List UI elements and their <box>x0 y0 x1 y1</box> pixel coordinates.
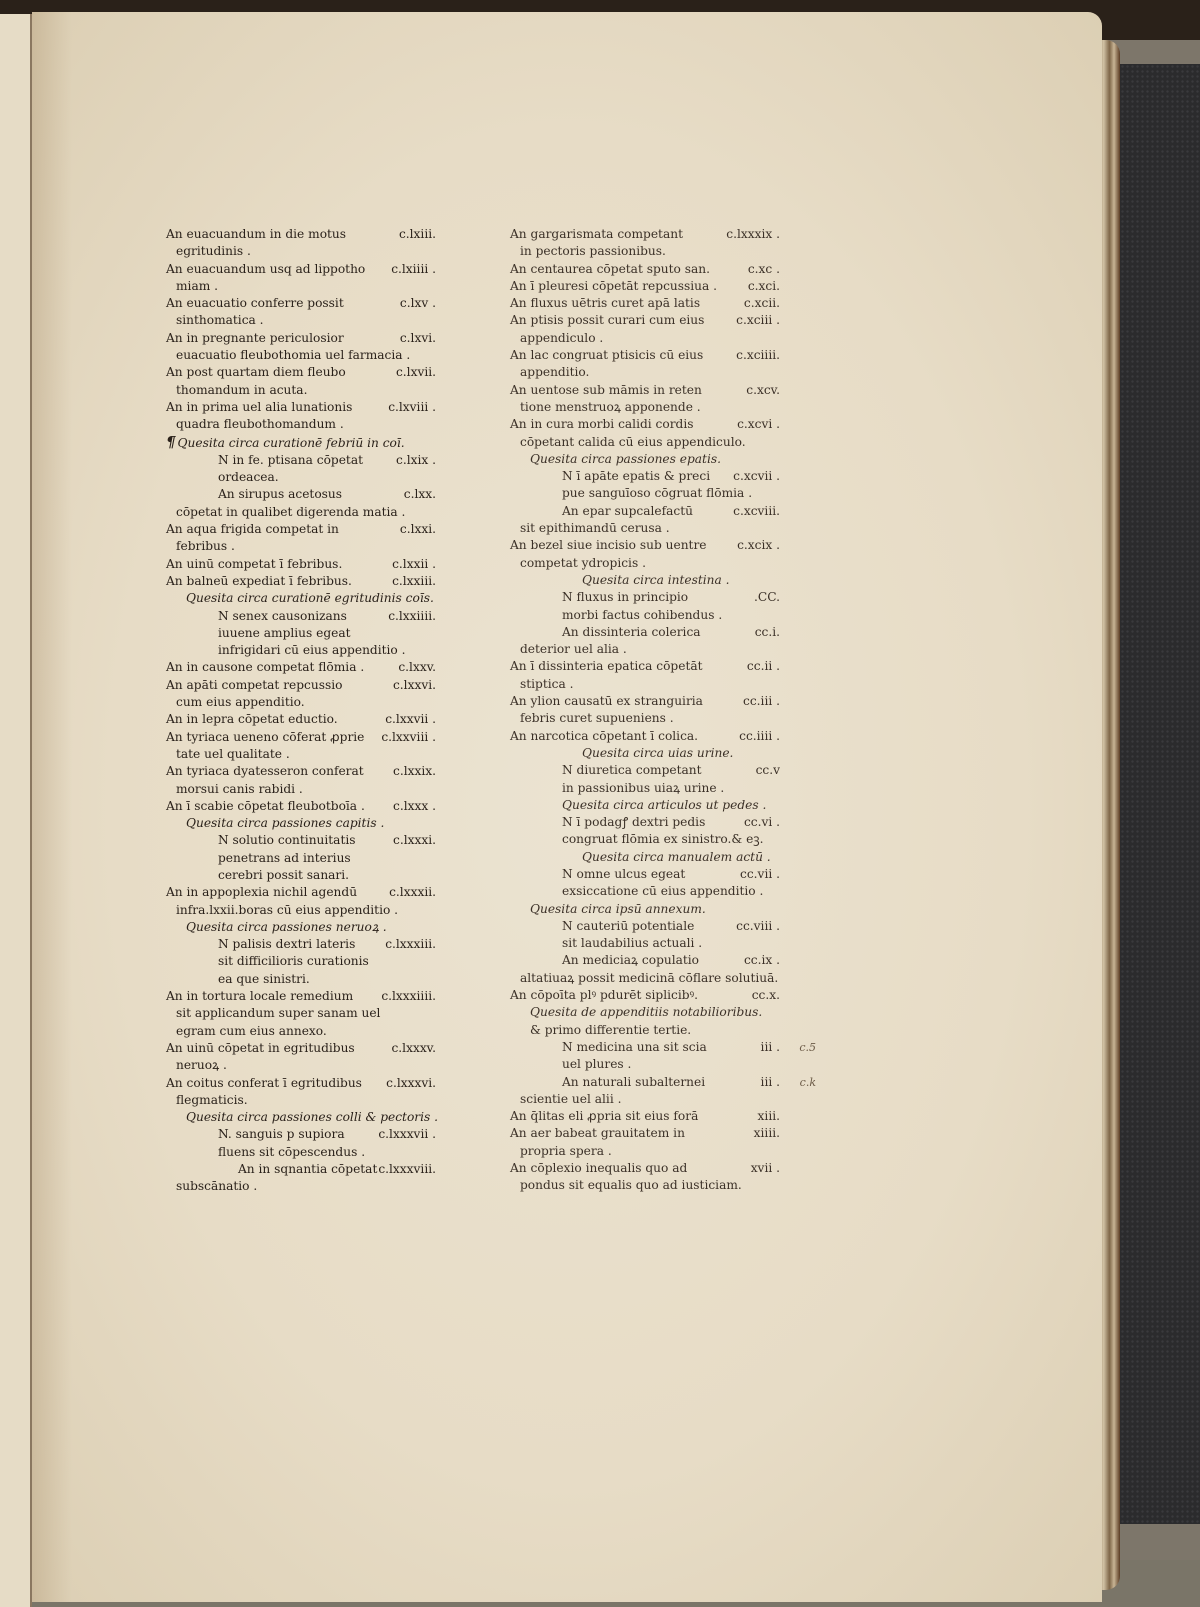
entry-text: neruoꝝ . <box>176 1057 227 1074</box>
chapter-reference: c.lxiii. <box>399 226 436 243</box>
entry-text: N omne ulcus egeat <box>562 866 685 883</box>
entry-text: Quesita circa passiones colli & pectoris… <box>186 1109 438 1126</box>
index-entry: An aqua frigida competat inc.lxxi. <box>166 521 466 538</box>
entry-text: N diuretica competant <box>562 762 702 779</box>
index-entry: An in cura morbi calidi cordisc.xcvi . <box>510 416 810 433</box>
chapter-reference: c.lxxxiii. <box>385 936 436 953</box>
entry-text: stiptica . <box>520 676 574 693</box>
entry-text: An naturali subalternei <box>562 1074 705 1091</box>
index-entry: exsiccatione cū eius appenditio . <box>510 883 810 900</box>
index-entry: in passionibus uiaꝝ urine . <box>510 780 810 797</box>
chapter-reference: c.lxxxvi. <box>386 1075 436 1092</box>
index-entry: An euacuatio conferre possitc.lxv . <box>166 295 466 312</box>
entry-text: An dissinteria colerica <box>562 624 701 641</box>
chapter-reference: c.xcix . <box>737 537 780 554</box>
entry-text: cōpetant calida cū eius appendiculo. <box>520 434 746 451</box>
index-entry: scientie uel alii . <box>510 1091 810 1108</box>
entry-text: An coitus conferat ī egritudibus <box>166 1075 362 1092</box>
index-entry: An ī scabie cōpetat fleubotboīa .c.lxxx … <box>166 798 466 815</box>
entry-text: uel plures . <box>562 1056 631 1073</box>
chapter-reference: c.lxvi. <box>400 330 436 347</box>
index-entry: An q̄litas eli ꝓpria sit eius forāxiii. <box>510 1108 810 1125</box>
entry-text: exsiccatione cū eius appenditio . <box>562 883 763 900</box>
index-entry: sit laudabilius actuali . <box>510 935 810 952</box>
index-entry: flegmaticis. <box>166 1092 466 1109</box>
index-entry: N in fe. ptisana cōpetatc.lxix . <box>166 452 466 469</box>
entry-text: An tyriaca dyatesseron conferat <box>166 763 364 780</box>
index-entry: An uinū cōpetat in egritudibusc.lxxxv. <box>166 1040 466 1057</box>
index-entry: An post quartam diem fleuboc.lxvii. <box>166 364 466 381</box>
index-entry: subscānatio . <box>166 1178 466 1195</box>
entry-text: An balneū expediat ī febribus. <box>166 573 352 590</box>
index-entry: An lac congruat ptisicis cū eiusc.xciiii… <box>510 347 810 364</box>
entry-text: sit epithimandū cerusa . <box>520 520 670 537</box>
book-page: An euacuandum in die motusc.lxiii.egritu… <box>32 12 1102 1602</box>
entry-text: An apāti competat repcussio <box>166 677 342 694</box>
entry-text: An uinū cōpetat in egritudibus <box>166 1040 355 1057</box>
chapter-reference: c.lxxxviii. <box>378 1161 436 1178</box>
chapter-reference: cc.i. <box>755 624 780 641</box>
entry-text: An post quartam diem fleubo <box>166 364 346 381</box>
index-entry: infrigidari cū eius appenditio . <box>166 642 466 659</box>
chapter-reference: c.xciiii. <box>736 347 780 364</box>
entry-text: An ī dissinteria epatica cōpetāt <box>510 658 703 675</box>
chapter-reference: c.lxxiiii. <box>388 608 436 625</box>
entry-text: An uinū competat ī febribus. <box>166 556 342 573</box>
entry-text: egritudinis . <box>176 243 251 260</box>
entry-text: An uentose sub māmis in reten <box>510 382 702 399</box>
index-entry: cōpetat in qualibet digerenda matia . <box>166 504 466 521</box>
entry-text: scientie uel alii . <box>520 1091 621 1108</box>
entry-text: sit applicandum super sanam uel <box>176 1005 380 1022</box>
chapter-reference: c.lxxii . <box>392 556 436 573</box>
chapter-reference: cc.v <box>756 762 780 779</box>
index-entry: N senex causonizansc.lxxiiii. <box>166 608 466 625</box>
entry-text: An ī scabie cōpetat fleubotboīa . <box>166 798 365 815</box>
section-heading: Quesita circa passiones neruoꝝ . <box>166 919 466 936</box>
entry-text: & primo differentie tertie. <box>530 1022 691 1039</box>
index-entry: cerebri possit sanari. <box>166 867 466 884</box>
section-heading: ¶Quesita circa curationē febriū in coī. <box>166 434 466 452</box>
chapter-reference: c.xcvii . <box>733 468 780 485</box>
chapter-reference: cc.x. <box>752 987 780 1004</box>
index-column-left: An euacuandum in die motusc.lxiii.egritu… <box>166 226 466 1196</box>
index-entry: egram cum eius annexo. <box>166 1023 466 1040</box>
entry-text: An gargarismata competant <box>510 226 683 243</box>
chapter-reference: c.lxxvi. <box>393 677 436 694</box>
entry-text: pondus sit equalis quo ad iusticiam. <box>520 1177 742 1194</box>
entry-text: An lac congruat ptisicis cū eius <box>510 347 703 364</box>
index-entry: An in causone competat flōmia .c.lxxv. <box>166 659 466 676</box>
index-entry: An tyriaca ueneno cōferat ꝓpriec.lxxviii… <box>166 729 466 746</box>
section-heading: Quesita circa intestina . <box>510 572 810 589</box>
index-entry: An apāti competat repcussioc.lxxvi. <box>166 677 466 694</box>
index-entry: An in pregnante periculosiorc.lxvi. <box>166 330 466 347</box>
entry-text: Quesita circa passiones neruoꝝ . <box>186 919 387 936</box>
index-entry: uel plures . <box>510 1056 810 1073</box>
chapter-reference: c.lxxxvii . <box>378 1126 436 1143</box>
entry-text: An bezel siue incisio sub uentre <box>510 537 707 554</box>
index-entry: An cōpoīta plꝰ pdurēt siplicibꝰ.cc.x. <box>510 987 810 1004</box>
entry-text: An ylion causatū ex stranguiria <box>510 693 703 710</box>
entry-text: Quesita circa passiones capitis . <box>186 815 384 832</box>
entry-text: Quesita circa manualem actū . <box>582 849 771 866</box>
index-entry: N cauteriū potentialecc.viii . <box>510 918 810 935</box>
index-entry: N. sanguis p supiorac.lxxxvii . <box>166 1126 466 1143</box>
chapter-reference: c.lxxvii . <box>385 711 436 728</box>
chapter-reference: c.lxxviii . <box>381 729 436 746</box>
chapter-reference: c.lxviii . <box>388 399 436 416</box>
index-entry: tate uel qualitate . <box>166 746 466 763</box>
index-entry: appenditio. <box>510 364 810 381</box>
entry-text: infrigidari cū eius appenditio . <box>218 642 406 659</box>
chapter-reference: c.lxx. <box>404 486 436 503</box>
index-entry: congruat flōmia ex sinistro.& eꝫ. <box>510 831 810 848</box>
entry-text: febris curet supueniens . <box>520 710 674 727</box>
entry-text: Quesita circa articulos ut pedes . <box>562 797 766 814</box>
entry-text: morbi factus cohibendus . <box>562 607 722 624</box>
index-entry: N palisis dextri laterisc.lxxxiii. <box>166 936 466 953</box>
entry-text: Quesita circa ipsū annexum. <box>530 901 706 918</box>
entry-text: infra.lxxii.boras cū eius appenditio . <box>176 902 398 919</box>
entry-text: An in tortura locale remedium <box>166 988 353 1005</box>
index-entry: An coitus conferat ī egritudibusc.lxxxvi… <box>166 1075 466 1092</box>
section-heading: Quesita circa passiones epatis. <box>510 451 810 468</box>
chapter-reference: iii . <box>761 1074 780 1091</box>
index-entry: tione menstruoꝝ apponende . <box>510 399 810 416</box>
index-entry: N diuretica competantcc.v <box>510 762 810 779</box>
section-heading: Quesita circa articulos ut pedes . <box>510 797 810 814</box>
entry-text: An cōplexio inequalis quo ad <box>510 1160 687 1177</box>
entry-text: appendiculo . <box>520 330 603 347</box>
entry-text: appenditio. <box>520 364 589 381</box>
chapter-reference: iii . <box>761 1039 780 1056</box>
entry-text: tate uel qualitate . <box>176 746 290 763</box>
chapter-reference: c.lxxv. <box>398 659 436 676</box>
index-entry: An cōplexio inequalis quo adxvii . <box>510 1160 810 1177</box>
section-heading: Quesita circa ipsū annexum. <box>510 901 810 918</box>
index-entry: An gargarismata competantc.lxxxix . <box>510 226 810 243</box>
entry-text: An euacuatio conferre possit <box>166 295 344 312</box>
entry-text: An in pregnante periculosior <box>166 330 344 347</box>
entry-text: N medicina una sit scia <box>562 1039 707 1056</box>
index-entry: An euacuandum usq ad lippothoc.lxiiii . <box>166 261 466 278</box>
chapter-reference: c.lxix . <box>396 452 436 469</box>
entry-text: Quesita circa uias urine. <box>582 745 733 762</box>
manuscript-annotation: c.5 <box>799 1039 816 1056</box>
entry-text: An in causone competat flōmia . <box>166 659 364 676</box>
index-entry: An in appoplexia nichil agendūc.lxxxii. <box>166 884 466 901</box>
entry-text: tione menstruoꝝ apponende . <box>520 399 701 416</box>
pilcrow-mark: ¶ <box>166 433 176 451</box>
entry-text: An in lepra cōpetat eductio. <box>166 711 338 728</box>
entry-text: An epar supcalefactū <box>562 503 693 520</box>
index-entry: An narcotica cōpetant ī colica.cc.iiii . <box>510 728 810 745</box>
chapter-reference: c.lxxxi. <box>393 832 436 849</box>
book-cover-board <box>1110 64 1200 1524</box>
entry-text: congruat flōmia ex sinistro.& eꝫ. <box>562 831 763 848</box>
index-entry: N ī podagꝭ dextri pediscc.vi . <box>510 814 810 831</box>
index-entry: penetrans ad interius <box>166 850 466 867</box>
index-entry: miam . <box>166 278 466 295</box>
entry-text: An mediciaꝝ copulatio <box>562 952 699 969</box>
entry-text: fluens sit cōpescendus . <box>218 1144 365 1161</box>
section-heading: Quesita de appenditiis notabilioribus. <box>510 1004 810 1021</box>
entry-text: cōpetat in qualibet digerenda matia . <box>176 504 405 521</box>
index-entry: An uentose sub māmis in retenc.xcv. <box>510 382 810 399</box>
entry-text: febribus . <box>176 538 235 555</box>
index-entry: An tyriaca dyatesseron conferatc.lxxix. <box>166 763 466 780</box>
chapter-reference: c.lxiiii . <box>391 261 436 278</box>
index-entry: morsui canis rabidi . <box>166 781 466 798</box>
index-entry: appendiculo . <box>510 330 810 347</box>
index-entry: fluens sit cōpescendus . <box>166 1144 466 1161</box>
chapter-reference: c.lxxxii. <box>389 884 436 901</box>
entry-text: An sirupus acetosus <box>218 486 342 503</box>
entry-text: An centaurea cōpetat sputo san. <box>510 261 710 278</box>
chapter-reference: xvii . <box>751 1160 780 1177</box>
chapter-reference: c.xc . <box>748 261 780 278</box>
entry-text: An ī pleuresi cōpetāt repcussiua . <box>510 278 717 295</box>
entry-text: An aqua frigida competat in <box>166 521 339 538</box>
chapter-reference: cc.ix . <box>744 952 780 969</box>
entry-text: cerebri possit sanari. <box>218 867 349 884</box>
entry-text: in pectoris passionibus. <box>520 243 666 260</box>
entry-text: Quesita circa intestina . <box>582 572 730 589</box>
entry-text: N ī podagꝭ dextri pedis <box>562 814 705 831</box>
chapter-reference: c.lxxix. <box>393 763 436 780</box>
chapter-reference: .CC. <box>754 589 780 606</box>
index-entry: An euacuandum in die motusc.lxiii. <box>166 226 466 243</box>
entry-text: subscānatio . <box>176 1178 257 1195</box>
index-entry: An naturali subalterneiiii .c.k <box>510 1074 810 1091</box>
index-entry: N solutio continuitatisc.lxxxi. <box>166 832 466 849</box>
entry-text: An fluxus uētris curet apā latis <box>510 295 700 312</box>
chapter-reference: c.xci. <box>748 278 780 295</box>
index-entry: & primo differentie tertie. <box>510 1022 810 1039</box>
entry-text: egram cum eius annexo. <box>176 1023 327 1040</box>
index-entry: quadra fleubothomandum . <box>166 416 466 433</box>
index-entry: An uinū competat ī febribus.c.lxxii . <box>166 556 466 573</box>
entry-text: An euacuandum in die motus <box>166 226 346 243</box>
index-entry: An ylion causatū ex stranguiriacc.iii . <box>510 693 810 710</box>
entry-text: iuuene amplius egeat <box>218 625 351 642</box>
entry-text: sit laudabilius actuali . <box>562 935 702 952</box>
entry-text: deterior uel alia . <box>520 641 627 658</box>
index-entry: sit difficilioris curationis <box>166 953 466 970</box>
entry-text: An narcotica cōpetant ī colica. <box>510 728 698 745</box>
entry-text: euacuatio fleubothomia uel farmacia . <box>176 347 410 364</box>
index-entry: stiptica . <box>510 676 810 693</box>
entry-text: flegmaticis. <box>176 1092 248 1109</box>
entry-text: An in appoplexia nichil agendū <box>166 884 357 901</box>
entry-text: cum eius appenditio. <box>176 694 305 711</box>
index-entry: euacuatio fleubothomia uel farmacia . <box>166 347 466 364</box>
entry-text: An ptisis possit curari cum eius <box>510 312 704 329</box>
chapter-reference: cc.vii . <box>740 866 780 883</box>
index-entry: An sirupus acetosusc.lxx. <box>166 486 466 503</box>
index-entry: ea que sinistri. <box>166 971 466 988</box>
index-entry: An centaurea cōpetat sputo san.c.xc . <box>510 261 810 278</box>
entry-text: An tyriaca ueneno cōferat ꝓprie <box>166 729 364 746</box>
entry-text: morsui canis rabidi . <box>176 781 303 798</box>
index-entry: neruoꝝ . <box>166 1057 466 1074</box>
entry-text: ordeacea. <box>218 469 279 486</box>
index-entry: An dissinteria colericacc.i. <box>510 624 810 641</box>
index-entry: An mediciaꝝ copulatiocc.ix . <box>510 952 810 969</box>
index-entry: N medicina una sit sciaiii .c.5 <box>510 1039 810 1056</box>
entry-text: Quesita circa curationē egritudinis coīs… <box>186 590 434 607</box>
chapter-reference: xiii. <box>758 1108 780 1125</box>
entry-text: quadra fleubothomandum . <box>176 416 344 433</box>
chapter-reference: c.xciii . <box>736 312 780 329</box>
index-entry: An balneū expediat ī febribus.c.lxxiii. <box>166 573 466 590</box>
index-entry: An bezel siue incisio sub uentrec.xcix . <box>510 537 810 554</box>
entry-text: in passionibus uiaꝝ urine . <box>562 780 724 797</box>
section-heading: Quesita circa passiones capitis . <box>166 815 466 832</box>
manuscript-annotation: c.k <box>800 1074 816 1091</box>
index-entry: N omne ulcus egeatcc.vii . <box>510 866 810 883</box>
index-entry: ordeacea. <box>166 469 466 486</box>
chapter-reference: cc.vi . <box>744 814 780 831</box>
entry-text: sit difficilioris curationis <box>218 953 369 970</box>
index-entry: An in lepra cōpetat eductio.c.lxxvii . <box>166 711 466 728</box>
index-column-right: An gargarismata competantc.lxxxix .in pe… <box>510 226 810 1195</box>
chapter-reference: c.lxxiii. <box>392 573 436 590</box>
entry-text: An cōpoīta plꝰ pdurēt siplicibꝰ. <box>510 987 698 1004</box>
index-entry: propria spera . <box>510 1143 810 1160</box>
index-entry: sinthomatica . <box>166 312 466 329</box>
chapter-reference: cc.ii . <box>747 658 780 675</box>
chapter-reference: c.xcv. <box>746 382 780 399</box>
entry-text: propria spera . <box>520 1143 612 1160</box>
index-entry: deterior uel alia . <box>510 641 810 658</box>
chapter-reference: cc.iiii . <box>739 728 780 745</box>
chapter-reference: c.lxv . <box>400 295 436 312</box>
chapter-reference: c.lxvii. <box>396 364 436 381</box>
entry-text: Quesita circa curationē febriū in coī. <box>178 435 405 452</box>
chapter-reference: c.lxxxix . <box>726 226 780 243</box>
index-entry: cōpetant calida cū eius appendiculo. <box>510 434 810 451</box>
entry-text: N solutio continuitatis <box>218 832 356 849</box>
section-heading: Quesita circa uias urine. <box>510 745 810 762</box>
entry-text: An in sqnantia cōpetat <box>238 1161 377 1178</box>
chapter-reference: c.lxxx . <box>393 798 436 815</box>
index-entry: in pectoris passionibus. <box>510 243 810 260</box>
index-entry: cum eius appenditio. <box>166 694 466 711</box>
entry-text: N senex causonizans <box>218 608 347 625</box>
entry-text: penetrans ad interius <box>218 850 351 867</box>
index-entry: pondus sit equalis quo ad iusticiam. <box>510 1177 810 1194</box>
entry-text: N in fe. ptisana cōpetat <box>218 452 363 469</box>
chapter-reference: cc.iii . <box>743 693 780 710</box>
index-entry: An fluxus uētris curet apā latisc.xcii. <box>510 295 810 312</box>
entry-text: N fluxus in principio <box>562 589 688 606</box>
index-entry: thomandum in acuta. <box>166 382 466 399</box>
index-entry: sit epithimandū cerusa . <box>510 520 810 537</box>
chapter-reference: c.lxxxiiii. <box>381 988 436 1005</box>
entry-text: N ī apāte epatis & preci <box>562 468 710 485</box>
index-entry: N ī apāte epatis & precic.xcvii . <box>510 468 810 485</box>
index-entry: competat ydropicis . <box>510 555 810 572</box>
chapter-reference: c.xcvi . <box>737 416 780 433</box>
entry-text: N palisis dextri lateris <box>218 936 355 953</box>
entry-text: thomandum in acuta. <box>176 382 307 399</box>
index-entry: An in tortura locale remediumc.lxxxiiii. <box>166 988 466 1005</box>
index-entry: An in prima uel alia lunationisc.lxviii … <box>166 399 466 416</box>
entry-text: pue sanguīoso cōgruat flōmia . <box>562 485 752 502</box>
entry-text: competat ydropicis . <box>520 555 646 572</box>
chapter-reference: c.lxxi. <box>400 521 436 538</box>
index-entry: An epar supcalefactūc.xcviii. <box>510 503 810 520</box>
entry-text: Quesita circa passiones epatis. <box>530 451 721 468</box>
index-entry: egritudinis . <box>166 243 466 260</box>
index-entry: sit applicandum super sanam uel <box>166 1005 466 1022</box>
entry-text: An euacuandum usq ad lippotho <box>166 261 365 278</box>
section-heading: Quesita circa curationē egritudinis coīs… <box>166 590 466 607</box>
entry-text: An aer babeat grauitatem in <box>510 1125 685 1142</box>
entry-text: An in prima uel alia lunationis <box>166 399 352 416</box>
facing-page-edge <box>0 14 32 1607</box>
index-entry: altatiuaꝝ possit medicinā cōflare soluti… <box>510 970 810 987</box>
entry-text: Quesita de appenditiis notabilioribus. <box>530 1004 762 1021</box>
chapter-reference: c.xcii. <box>744 295 780 312</box>
chapter-reference: cc.viii . <box>736 918 780 935</box>
section-heading: Quesita circa manualem actū . <box>510 849 810 866</box>
section-heading: Quesita circa passiones colli & pectoris… <box>166 1109 466 1126</box>
index-entry: An aer babeat grauitatem inxiiii. <box>510 1125 810 1142</box>
index-entry: An ī pleuresi cōpetāt repcussiua .c.xci. <box>510 278 810 295</box>
index-entry: febris curet supueniens . <box>510 710 810 727</box>
index-entry: An ī dissinteria epatica cōpetātcc.ii . <box>510 658 810 675</box>
entry-text: N cauteriū potentiale <box>562 918 694 935</box>
entry-text: An in cura morbi calidi cordis <box>510 416 694 433</box>
index-entry: iuuene amplius egeat <box>166 625 466 642</box>
index-entry: N fluxus in principio.CC. <box>510 589 810 606</box>
chapter-reference: c.lxxxv. <box>391 1040 436 1057</box>
index-entry: An ptisis possit curari cum eiusc.xciii … <box>510 312 810 329</box>
chapter-reference: c.xcviii. <box>733 503 780 520</box>
chapter-reference: xiiii. <box>754 1125 780 1142</box>
entry-text: N. sanguis p supiora <box>218 1126 345 1143</box>
index-entry: An in sqnantia cōpetatc.lxxxviii. <box>166 1161 466 1178</box>
index-entry: morbi factus cohibendus . <box>510 607 810 624</box>
entry-text: altatiuaꝝ possit medicinā cōflare soluti… <box>520 970 778 987</box>
entry-text: sinthomatica . <box>176 312 264 329</box>
entry-text: An q̄litas eli ꝓpria sit eius forā <box>510 1108 698 1125</box>
index-entry: pue sanguīoso cōgruat flōmia . <box>510 485 810 502</box>
index-entry: infra.lxxii.boras cū eius appenditio . <box>166 902 466 919</box>
index-entry: febribus . <box>166 538 466 555</box>
entry-text: ea que sinistri. <box>218 971 310 988</box>
entry-text: miam . <box>176 278 218 295</box>
